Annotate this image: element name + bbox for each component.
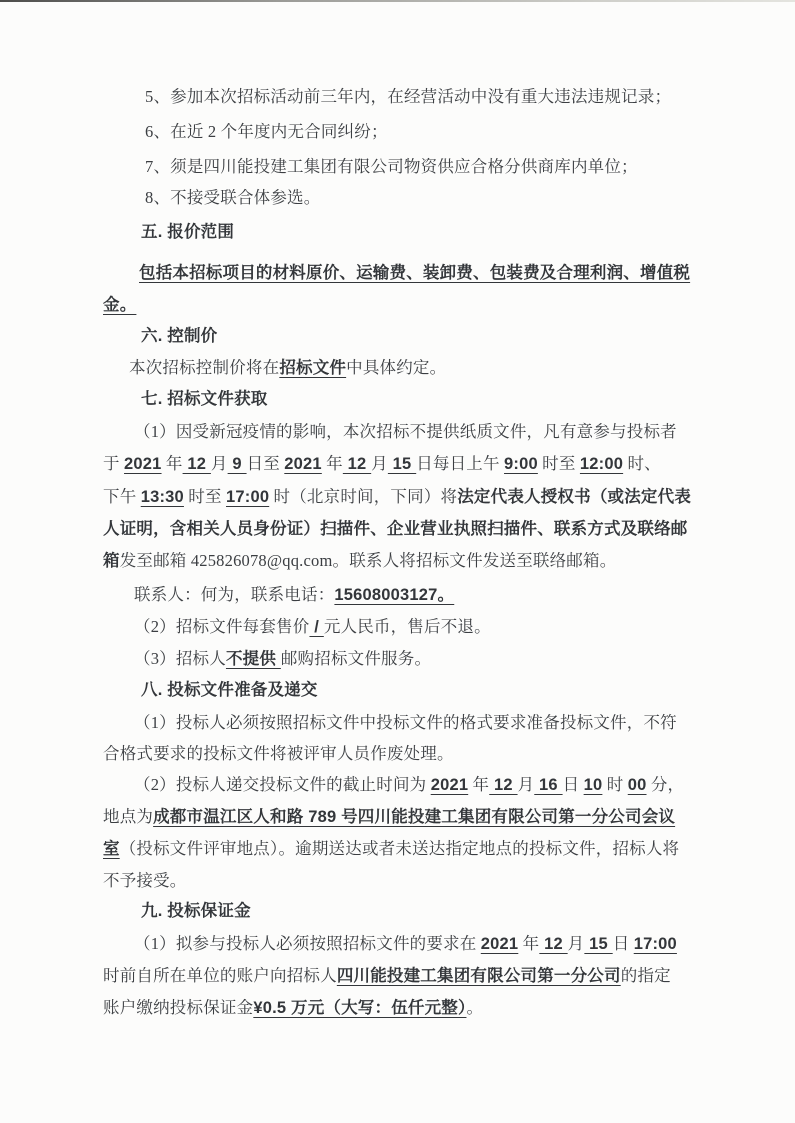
text-run: 联系人：何为，联系电话： (134, 585, 334, 604)
text-run: （1）投标人必须按照招标文件中投标文件的格式要求准备投标文件，不符 (134, 713, 677, 732)
filled-blank: 2021 (481, 935, 519, 953)
text-run: 元人民币，售后不退。 (324, 617, 491, 636)
text-run: 年 (162, 454, 183, 473)
doc-price-line: （2）招标文件每套售价 / 元人民币，售后不退。 (103, 611, 699, 643)
bid-bond-line-1: （1）拟参与投标人必须按照招标文件的要求在 2021 年 12 月 15 日 1… (103, 928, 699, 960)
text-run: 人证明，含相关人员身份证）扫描件、企业营业执照扫描件、联系方式及联络邮 (103, 520, 688, 538)
filled-blank: / (309, 618, 323, 636)
text-run: 日 (563, 775, 584, 794)
text-run: 分， (647, 775, 685, 794)
filled-blank: 15 (388, 455, 416, 473)
bid-bond-line-3: 账户缴纳投标保证金¥0.5 万元（大写：伍仟元整）。 (103, 992, 699, 1024)
text-run: 发至邮箱 425826078@qq.com。联系人将招标文件发送至联络邮箱。 (120, 551, 617, 570)
text-run: （2）投标人递交投标文件的截止时间为 (134, 775, 431, 794)
text-run: 月 (568, 934, 585, 953)
text-run: 地点为 (103, 807, 153, 826)
clause-6: 6、在近 2 个年度内无合同纠纷； (103, 116, 699, 147)
filled-blank: 2021 (124, 455, 162, 473)
text-run: 6、在近 2 个年度内无合同纠纷； (145, 122, 388, 141)
text-run: 月 (518, 775, 535, 794)
text-run: （3）招标人 (134, 649, 226, 668)
filled-blank: 12 (489, 776, 517, 794)
text-run: 五. 报价范围 (141, 223, 234, 241)
text-run: 的指定 (621, 966, 671, 985)
filled-blank: 15 (584, 935, 612, 953)
filled-blank: 2021 (284, 455, 322, 473)
text-run: 六. 控制价 (141, 327, 217, 345)
text-run: （1）因受新冠疫情的影响，本次招标不提供纸质文件，凡有意参与投标者 (134, 422, 677, 441)
scan-top-edge (0, 0, 795, 2)
filled-blank: 2021 (431, 776, 469, 794)
section-6-heading: 六. 控制价 (103, 321, 699, 352)
quote-scope-line-2: 金。 (103, 289, 699, 321)
text-run: 七. 招标文件获取 (141, 390, 267, 408)
text-run: 5、参加本次招标活动前三年内，在经营活动中没有重大违法违规记录； (145, 87, 671, 106)
document-page: 5、参加本次招标活动前三年内，在经营活动中没有重大违法违规记录；6、在近 2 个… (0, 0, 795, 1123)
filled-blank: ¥0.5 万元（大写：伍仟元整） (253, 999, 466, 1017)
text-run: 于 (103, 454, 124, 473)
filled-blank: 成都市温江区人和路 789 号四川能投建工集团有限公司第一分公司会议 (153, 808, 675, 826)
doc-obtain-line-3: 下午 13:30 时至 17:00 时（北京时间，下同）将法定代表人授权书（或法… (103, 481, 699, 513)
text-run: 日每日上午 (416, 454, 504, 473)
text-run: 。 (466, 998, 483, 1017)
filled-blank: 15608003127。 (334, 586, 454, 604)
filled-blank: 9 (228, 455, 247, 473)
bid-prep-line-2: 合格式要求的投标文件将被评审人员作废处理。 (103, 738, 699, 769)
filled-blank: 不提供 (226, 650, 281, 668)
doc-obtain-line-2: 于 2021 年 12 月 9 日至 2021 年 12 月 15 日每日上午 … (103, 448, 699, 480)
text-run: （投标文件评审地点）。逾期送达或者未送达指定地点的投标文件，招标人将 (120, 839, 680, 858)
text-run: 八. 投标文件准备及递交 (141, 681, 318, 699)
text-run: 时至 (184, 487, 226, 506)
bid-submit-line-3: 室（投标文件评审地点）。逾期送达或者未送达指定地点的投标文件，招标人将 (103, 833, 699, 865)
text-run: （2）招标文件每套售价 (134, 617, 309, 636)
filled-blank: 13:30 (141, 488, 184, 506)
filled-blank: 17:00 (634, 935, 677, 953)
text-run: 本次招标控制价将在 (129, 358, 279, 377)
section-7-heading: 七. 招标文件获取 (103, 384, 699, 415)
text-run: 法定代表人授权书（或法定代表 (457, 488, 691, 506)
text-run: 下午 (103, 487, 141, 506)
section-5-heading: 五. 报价范围 (103, 217, 699, 248)
text-run: 时（北京时间，下同）将 (269, 487, 457, 506)
filled-blank: 招标文件 (279, 359, 346, 377)
doc-obtain-line-1: （1）因受新冠疫情的影响，本次招标不提供纸质文件，凡有意参与投标者 (103, 416, 699, 447)
filled-blank: 10 (584, 776, 603, 794)
text-run: 年 (518, 934, 539, 953)
filled-blank: 9:00 (504, 455, 538, 473)
section-9-heading: 九. 投标保证金 (103, 896, 699, 927)
filled-blank: 16 (534, 776, 562, 794)
text-run: 时至 (538, 454, 580, 473)
contact-line: 联系人：何为，联系电话：15608003127。 (103, 579, 699, 611)
clause-7: 7、须是四川能投建工集团有限公司物资供应合格分供商库内单位； (103, 151, 699, 182)
text-run: 年 (468, 775, 489, 794)
text-run: 日 (613, 934, 634, 953)
text-run: 不予接受。 (103, 871, 187, 890)
text-run: 箱 (103, 552, 120, 570)
filled-blank: 室 (103, 840, 120, 858)
filled-blank: 12 (183, 455, 211, 473)
document-body: 5、参加本次招标活动前三年内，在经营活动中没有重大违法违规记录；6、在近 2 个… (0, 0, 795, 1024)
text-run: 合格式要求的投标文件将被评审人员作废处理。 (103, 744, 454, 763)
filled-blank: 00 (628, 776, 647, 794)
bid-submit-line-4: 不予接受。 (103, 865, 699, 896)
filled-blank: 12 (539, 935, 567, 953)
filled-blank: 12:00 (580, 455, 623, 473)
filled-blank: 17:00 (226, 488, 269, 506)
clause-8: 8、不接受联合体参选。 (103, 182, 699, 213)
text-run: 时 (602, 775, 627, 794)
mail-order-line: （3）招标人不提供 邮购招标文件服务。 (103, 643, 699, 675)
doc-obtain-line-5: 箱发至邮箱 425826078@qq.com。联系人将招标文件发送至联络邮箱。 (103, 545, 699, 577)
control-price-line: 本次招标控制价将在招标文件中具体约定。 (103, 352, 699, 384)
text-run: 8、不接受联合体参选。 (145, 188, 320, 207)
filled-blank: 四川能投建工集团有限公司第一分公司 (337, 967, 621, 985)
section-8-heading: 八. 投标文件准备及递交 (103, 675, 699, 706)
bid-bond-line-2: 时前自所在单位的账户向招标人四川能投建工集团有限公司第一分公司的指定 (103, 960, 699, 992)
text-run: 九. 投标保证金 (141, 902, 251, 920)
text-run: 年 (322, 454, 343, 473)
filled-blank: 包括本招标项目的材料原价、运输费、装卸费、包装费及合理利润、增值税 (139, 264, 690, 282)
filled-blank: 金。 (103, 296, 136, 314)
text-run: （1）拟参与投标人必须按照招标文件的要求在 (134, 934, 481, 953)
text-run: 时、 (623, 454, 661, 473)
bid-submit-line-1: （2）投标人递交投标文件的截止时间为 2021 年 12 月 16 日 10 时… (103, 769, 699, 801)
text-run: 中具体约定。 (346, 358, 446, 377)
bid-submit-line-2: 地点为成都市温江区人和路 789 号四川能投建工集团有限公司第一分公司会议 (103, 801, 699, 833)
text-run: 月 (211, 454, 228, 473)
text-run: 账户缴纳投标保证金 (103, 998, 253, 1017)
bid-prep-line-1: （1）投标人必须按照招标文件中投标文件的格式要求准备投标文件，不符 (103, 707, 699, 738)
text-run: 时前自所在单位的账户向招标人 (103, 966, 337, 985)
quote-scope-line-1: 包括本招标项目的材料原价、运输费、装卸费、包装费及合理利润、增值税 (103, 257, 699, 289)
text-run: 邮购招标文件服务。 (281, 649, 431, 668)
doc-obtain-line-4: 人证明，含相关人员身份证）扫描件、企业营业执照扫描件、联系方式及联络邮 (103, 513, 699, 545)
filled-blank: 12 (343, 455, 371, 473)
text-run: 月 (371, 454, 388, 473)
text-run: 日至 (247, 454, 285, 473)
text-run: 7、须是四川能投建工集团有限公司物资供应合格分供商库内单位； (145, 157, 638, 176)
clause-5: 5、参加本次招标活动前三年内，在经营活动中没有重大违法违规记录； (103, 81, 699, 112)
